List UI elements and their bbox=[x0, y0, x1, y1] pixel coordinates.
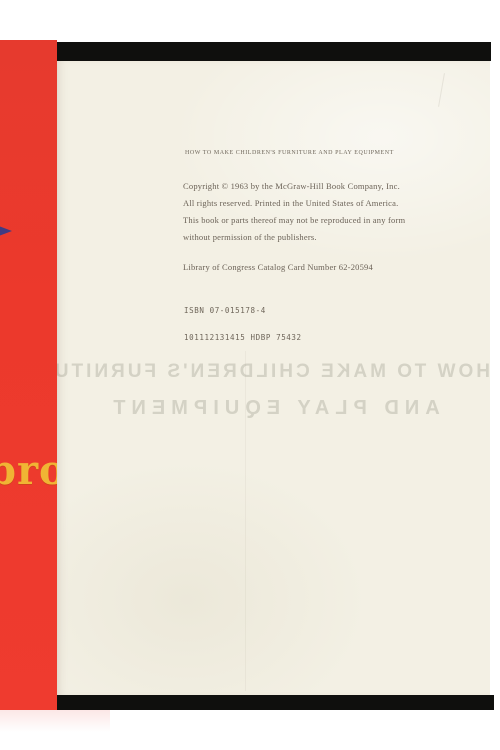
cover-illustration-fragment bbox=[0, 225, 12, 237]
copyright-line: This book or parts thereof may not be re… bbox=[183, 212, 405, 229]
running-book-title: HOW TO MAKE CHILDREN'S FURNITURE AND PLA… bbox=[185, 150, 394, 156]
book-board-edge-bottom bbox=[57, 695, 494, 710]
copyright-line: without permission of the publishers. bbox=[183, 229, 405, 246]
page-crease-diagonal bbox=[438, 73, 445, 107]
isbn-line: ISBN 07-015178-4 bbox=[184, 306, 266, 315]
copyright-page: HOW TO MAKE CHILDREN'S FURNITURE AND PLA… bbox=[57, 61, 490, 695]
copyright-line: All rights reserved. Printed in the Unit… bbox=[183, 195, 405, 212]
printing-code-line: 101112131415 HDBP 75432 bbox=[184, 333, 302, 342]
book-front-cover: bro bbox=[0, 40, 57, 710]
cover-reflection bbox=[0, 710, 110, 732]
book-photo: bro HOW TO MAKE CHILDREN'S FURNITURE AND… bbox=[0, 0, 500, 750]
book-board-edge-top bbox=[57, 42, 491, 61]
library-of-congress-line: Library of Congress Catalog Card Number … bbox=[183, 262, 373, 272]
title-page-show-through: HOW TO MAKE CHILDREN'S FURNITURE AND PLA… bbox=[57, 359, 490, 421]
show-through-line: HOW TO MAKE CHILDREN'S FURNITURE bbox=[57, 359, 490, 385]
cover-author-text-fragment: bro bbox=[0, 447, 57, 494]
show-through-line: AND PLAY EQUIPMENT bbox=[57, 395, 490, 421]
copyright-notice: Copyright © 1963 by the McGraw-Hill Book… bbox=[183, 178, 405, 246]
copyright-line: Copyright © 1963 by the McGraw-Hill Book… bbox=[183, 178, 405, 195]
